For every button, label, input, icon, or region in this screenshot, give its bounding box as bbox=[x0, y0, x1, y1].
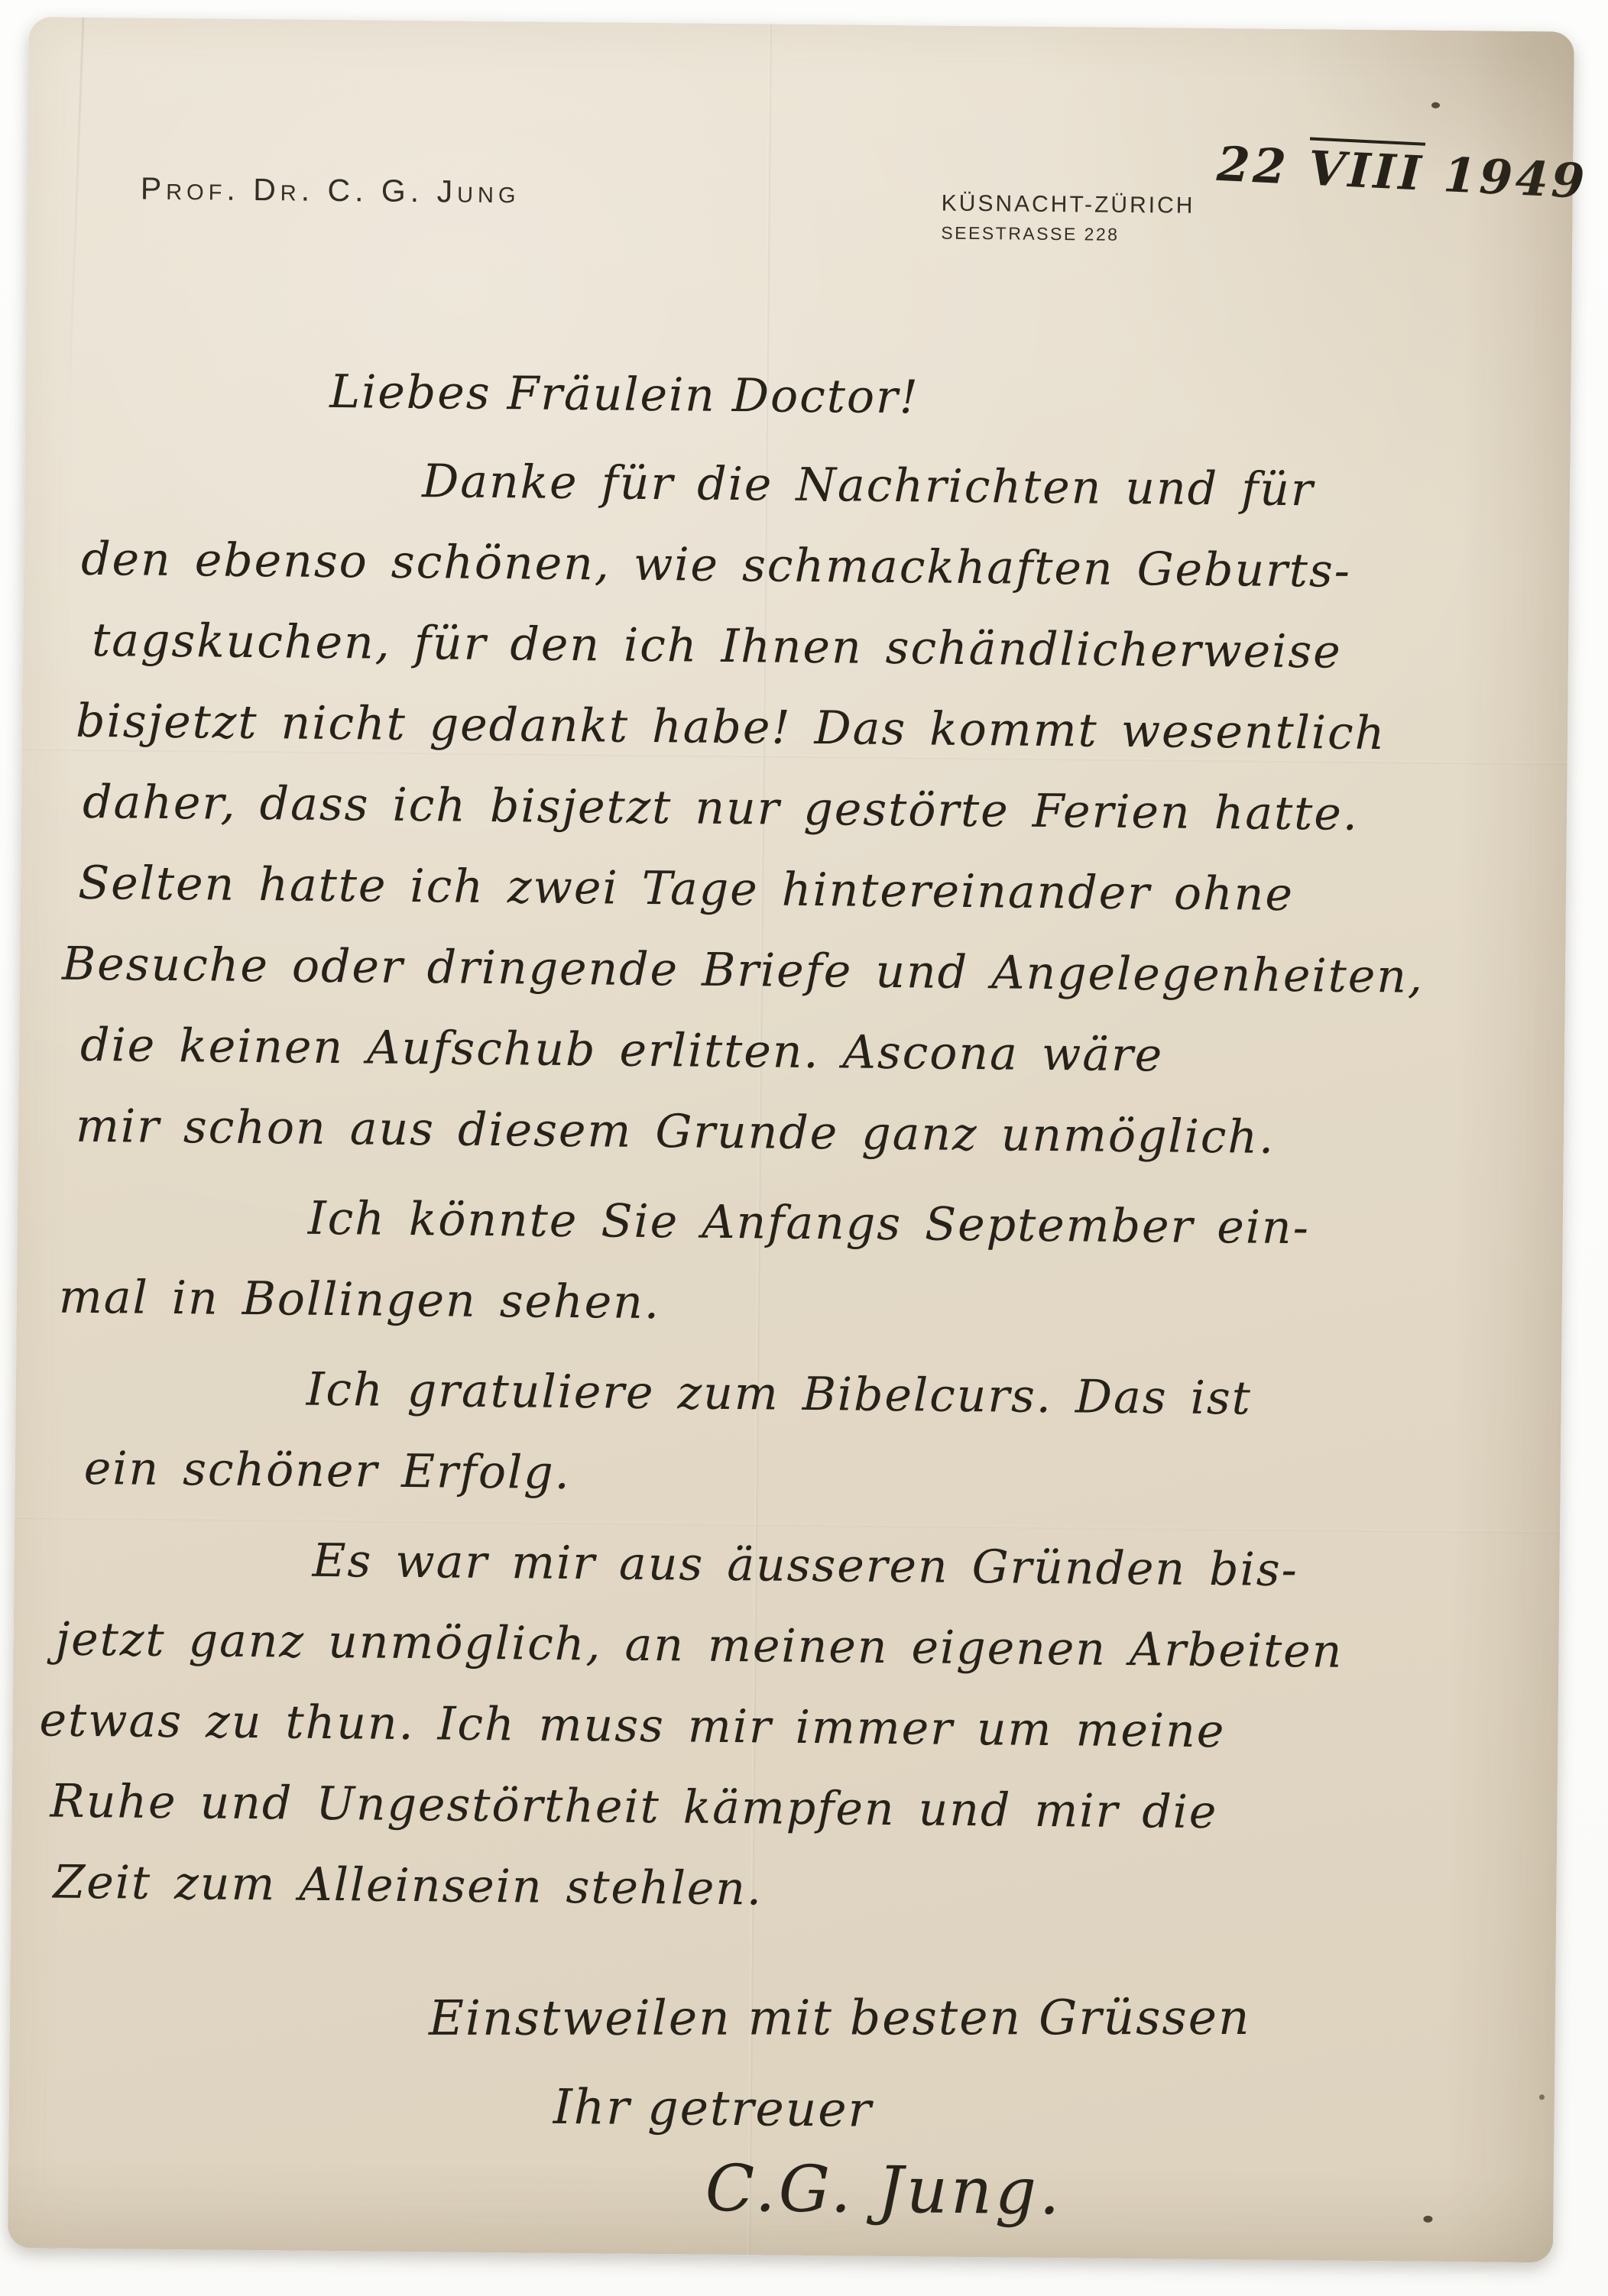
letter-line: Ich gratuliere zum Bibelcurs. Das ist bbox=[306, 1363, 1561, 1456]
paper-speck bbox=[1423, 2216, 1432, 2223]
handwritten-date: 22 VIII 1949 bbox=[1216, 136, 1589, 209]
letter-line: mir schon aus diesem Grunde ganz unmögli… bbox=[75, 1099, 1564, 1195]
valediction: Ihr getreuer bbox=[553, 2079, 873, 2138]
letter-line: Es war mir aus äusseren Gründen bis- bbox=[312, 1534, 1560, 1627]
date-month: VIII bbox=[1307, 141, 1425, 202]
salutation: Liebes Fräulein Doctor! bbox=[329, 365, 919, 424]
letter-line: den ebenso schönen, wie schmackhaften Ge… bbox=[81, 533, 1570, 628]
letterhead-name: Prof. Dr. C. G. Jung bbox=[141, 171, 520, 211]
signature: C.G. Jung. bbox=[705, 2151, 1063, 2229]
letter-line: die keinen Aufschub erlitten. Ascona wär… bbox=[79, 1018, 1564, 1114]
letter-line: jetzt ganz unmöglich, an meinen eigenen … bbox=[55, 1613, 1559, 1708]
letterhead-city: KÜSNACHT-ZÜRICH bbox=[942, 191, 1195, 219]
letter-line: Selten hatte ich zwei Tage hintereinande… bbox=[77, 857, 1566, 952]
paper-speck bbox=[1539, 2094, 1545, 2100]
letterhead-street: SEESTRASSE 228 bbox=[941, 223, 1195, 246]
letter-line: daher, dass ich bisjetzt nur gestörte Fe… bbox=[82, 776, 1567, 871]
letterhead-address: KÜSNACHT-ZÜRICH SEESTRASSE 228 bbox=[941, 191, 1195, 246]
scanned-letter-photo: Prof. Dr. C. G. Jung KÜSNACHT-ZÜRICH SEE… bbox=[0, 0, 1608, 2296]
letter-line: tagskuchen, für den ich Ihnen schändlich… bbox=[92, 614, 1569, 709]
letter-paper: Prof. Dr. C. G. Jung KÜSNACHT-ZÜRICH SEE… bbox=[8, 17, 1574, 2262]
paper-speck bbox=[1431, 102, 1440, 108]
letter-line: Ruhe und Ungestörtheit kämpfen und mir d… bbox=[50, 1774, 1558, 1870]
letter-line: mal in Bollingen sehen. bbox=[58, 1271, 1562, 1366]
letter-line: Zeit zum Alleinsein stehlen. bbox=[53, 1856, 1557, 1951]
date-day: 22 bbox=[1216, 136, 1291, 195]
letter-line: etwas zu thun. Ich muss mir immer um mei… bbox=[39, 1693, 1558, 1789]
letter-body: Danke für die Nachrichten und für den eb… bbox=[11, 451, 1571, 1951]
letter-line: Ich könnte Sie Anfangs September ein- bbox=[307, 1192, 1563, 1285]
letter-line: bisjetzt nicht gedankt habe! Das kommt w… bbox=[75, 695, 1567, 790]
letter-line: Besuche oder dringende Briefe und Angele… bbox=[61, 938, 1565, 1033]
closing-line: Einstweilen mit besten Grüssen bbox=[429, 1990, 1251, 2046]
letter-line: Danke für die Nachrichten und für bbox=[422, 455, 1571, 546]
edge-crease bbox=[66, 18, 84, 430]
date-year: 1949 bbox=[1442, 147, 1589, 209]
letter-line: ein schöner Erfolg. bbox=[83, 1442, 1561, 1537]
